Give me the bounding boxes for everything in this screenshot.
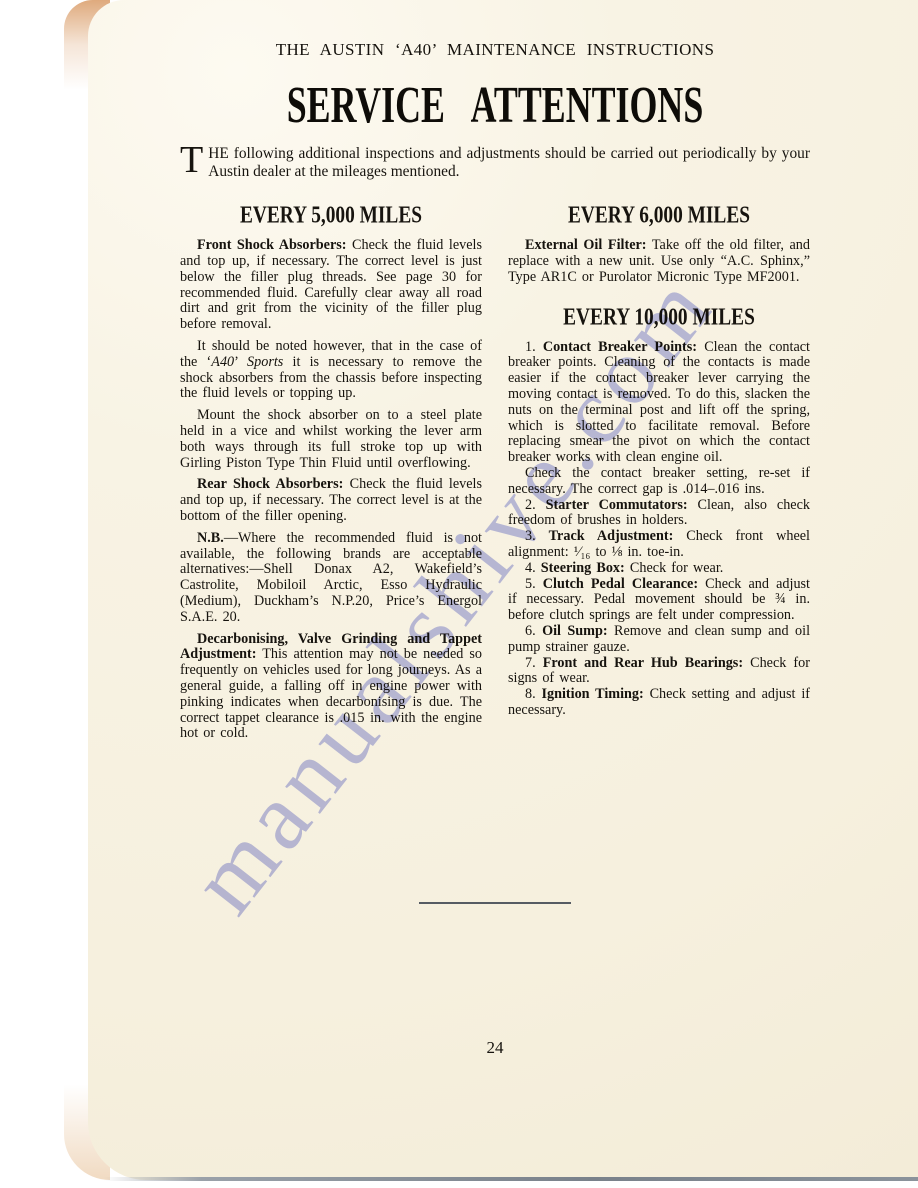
item-number: 3.	[525, 528, 549, 544]
paragraph-lead: Rear Shock Absorbers:	[197, 476, 343, 492]
section-divider-rule	[419, 902, 571, 904]
item-lead: Starter Commutators:	[546, 497, 688, 513]
item-lead: Track Adjustment:	[549, 528, 674, 544]
paragraph-external-oil-filter: External Oil Filter: Take off the old fi…	[508, 238, 810, 285]
list-item-contact-breaker-points: 1. Contact Breaker Points: Clean the con…	[508, 340, 810, 466]
page-number: 24	[180, 1038, 810, 1058]
scanned-manual-page: manualshive.com THE AUSTIN ‘A40’ MAINTEN…	[0, 0, 918, 1188]
italic-sports: Sports	[247, 354, 283, 370]
list-item-clutch-pedal-clearance: 5. Clutch Pedal Clearance: Check and adj…	[508, 577, 810, 624]
paragraph-front-shock-absorbers: Front Shock Absorbers: Check the fluid l…	[180, 238, 482, 333]
paragraph-lead: Front Shock Absorbers:	[197, 237, 347, 253]
page: manualshive.com THE AUSTIN ‘A40’ MAINTEN…	[88, 0, 918, 1180]
item-lead: Oil Sump:	[542, 623, 608, 639]
paragraph-text: —Where the recommended fluid is not avai…	[180, 530, 482, 625]
section-heading-6000-miles: EVERY 6,000 MILES	[526, 201, 792, 230]
right-column: EVERY 6,000 MILES External Oil Filter: T…	[508, 192, 810, 748]
item-text: Check the contact breaker setting, re-se…	[508, 465, 810, 497]
paragraph-lead: External Oil Filter:	[525, 237, 647, 253]
paragraph-text: Mount the shock absorber on to a steel p…	[180, 407, 482, 470]
paragraph-nb-fluid-brands: N.B.—Where the recommended fluid is not …	[180, 531, 482, 626]
item-lead: Steering Box:	[541, 560, 625, 576]
italic-model-name: A40	[211, 354, 234, 370]
item-number: 4.	[525, 560, 541, 576]
item-number: 2.	[525, 497, 546, 513]
list-item-steering-box: 4. Steering Box: Check for wear.	[508, 561, 810, 577]
item-lead: Contact Breaker Points:	[543, 339, 697, 355]
paragraph-a40-sports-note: It should be noted however, that in the …	[180, 339, 482, 402]
left-column: EVERY 5,000 MILES Front Shock Absorbers:…	[180, 192, 482, 748]
two-column-layout: EVERY 5,000 MILES Front Shock Absorbers:…	[180, 192, 810, 748]
list-item-oil-sump: 6. Oil Sump: Remove and clean sump and o…	[508, 624, 810, 656]
item-number: 6.	[525, 623, 542, 639]
paragraph-rear-shock-absorbers: Rear Shock Absorbers: Check the fluid le…	[180, 477, 482, 524]
item-number: 5.	[525, 576, 543, 592]
item-number: 1.	[525, 339, 543, 355]
paragraph-lead: N.B.	[197, 530, 224, 546]
dropcap-letter: T	[180, 145, 208, 176]
page-bottom-edge	[104, 1177, 918, 1181]
item-number: 7.	[525, 655, 543, 671]
paragraph-text: ’	[234, 354, 247, 370]
section-heading-10000-miles: EVERY 10,000 MILES	[526, 302, 792, 331]
intro-paragraph: THE following additional inspections and…	[180, 145, 810, 180]
paragraph-decarbonising: Decarbonising, Valve Grinding and Tappet…	[180, 632, 482, 743]
list-item-ignition-timing: 8. Ignition Timing: Check setting and ad…	[508, 687, 810, 719]
item-lead: Clutch Pedal Clearance:	[543, 576, 698, 592]
list-item-starter-commutators: 2. Starter Commutators: Clean, also chec…	[508, 498, 810, 530]
list-item-breaker-setting: Check the contact breaker setting, re-se…	[508, 466, 810, 498]
list-item-hub-bearings: 7. Front and Rear Hub Bearings: Check fo…	[508, 656, 810, 688]
page-title: SERVICE ATTENTIONS	[249, 75, 740, 134]
item-lead: Front and Rear Hub Bearings:	[543, 655, 743, 671]
list-item-track-adjustment: 3. Track Adjustment: Check front wheel a…	[508, 529, 810, 561]
running-title: THE AUSTIN ‘A40’ MAINTENANCE INSTRUCTION…	[180, 40, 810, 60]
page-content: THE AUSTIN ‘A40’ MAINTENANCE INSTRUCTION…	[180, 0, 810, 748]
section-heading-5000-miles: EVERY 5,000 MILES	[198, 201, 464, 230]
paragraph-mount-shock-absorber: Mount the shock absorber on to a steel p…	[180, 408, 482, 471]
item-lead: Ignition Timing:	[541, 686, 643, 702]
item-text: Check for wear.	[625, 560, 724, 576]
intro-text: HE following additional inspections and …	[208, 145, 810, 180]
item-number: 8.	[525, 686, 541, 702]
item-text: Clean the contact breaker points. Cleani…	[508, 339, 810, 466]
